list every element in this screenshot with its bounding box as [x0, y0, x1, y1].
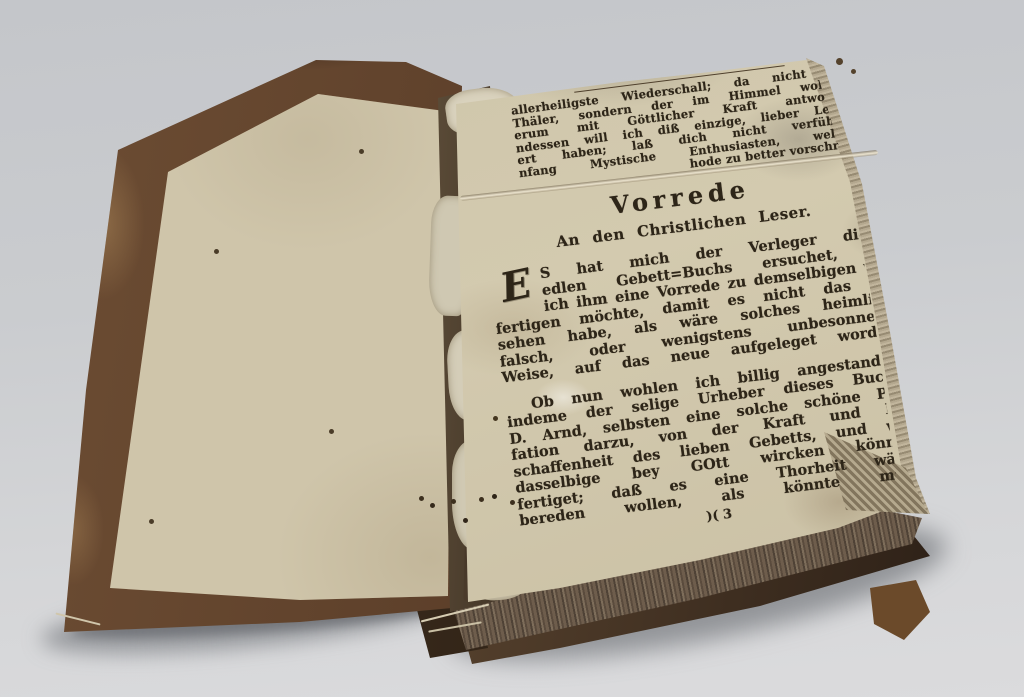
photo-antique-open-book: Nachklang Vorrede. allerheiligste Wieder…	[0, 0, 1024, 697]
ornate-initial: E	[498, 266, 535, 306]
worm-holes	[0, 0, 3, 3]
vorrede-page-text: Vorrede An den Christlichen Leser. E S h…	[480, 151, 918, 546]
faded-ink-offset: Nachklang	[504, 7, 845, 70]
